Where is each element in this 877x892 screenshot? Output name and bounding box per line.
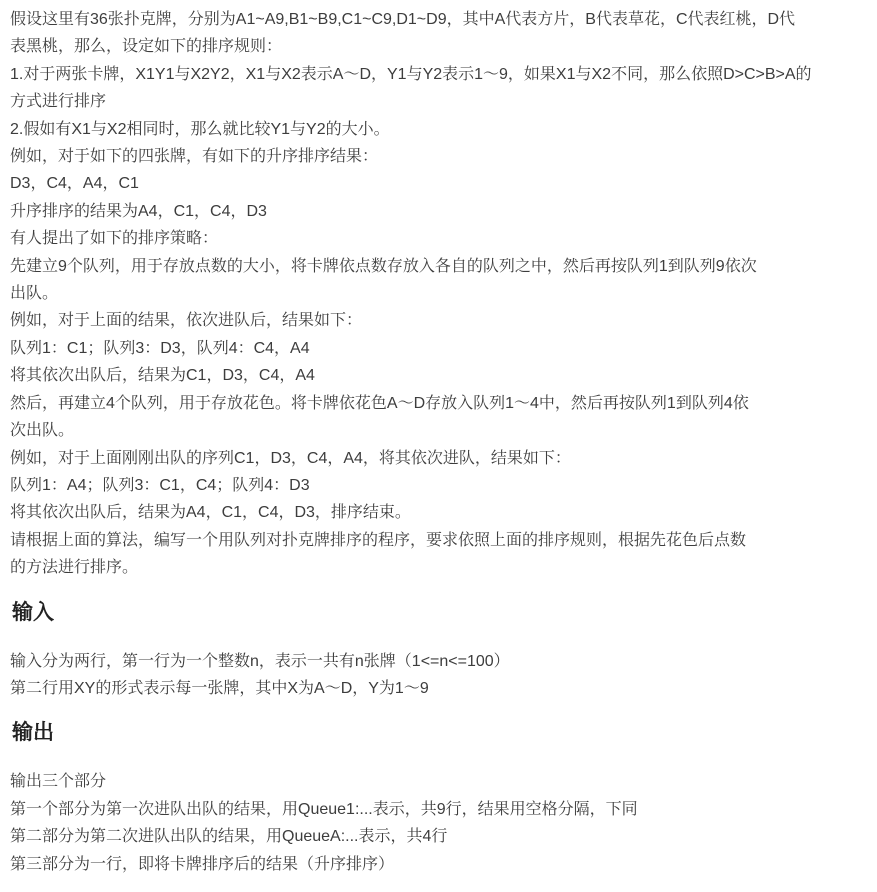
problem-statement-page: 假设这里有36张扑克牌，分别为A1~A9,B1~B9,C1~C9,D1~D9，其… (0, 0, 877, 892)
text-line: 第二部分为第二次进队出队的结果，用QueueA:...表示，共4行 (10, 823, 867, 850)
text-line: 升序排序的结果为A4，C1，C4，D3 (10, 198, 867, 225)
text-line: 第三部分为一行，即将卡牌排序后的结果（升序排序） (10, 851, 867, 878)
text-line: 2.假如有X1与X2相同时，那么就比较Y1与Y2的大小。 (10, 116, 867, 143)
input-description: 输入分为两行，第一行为一个整数n，表示一共有n张牌（1<=n<=100） 第二行… (10, 648, 867, 703)
text-line: 方式进行排序 (10, 88, 867, 115)
text-line: 1.对于两张卡牌，X1Y1与X2Y2，X1与X2表示A～D，Y1与Y2表示1～9… (10, 61, 867, 88)
text-line: 将其依次出队后，结果为C1，D3，C4，A4 (10, 362, 867, 389)
text-line: 然后，再建立4个队列，用于存放花色。将卡牌依花色A～D存放入队列1～4中，然后再… (10, 390, 867, 417)
text-line: 出队。 (10, 280, 867, 307)
text-line: 假设这里有36张扑克牌，分别为A1~A9,B1~B9,C1~C9,D1~D9，其… (10, 6, 867, 33)
output-description: 输出三个部分 第一个部分为第一次进队出队的结果，用Queue1:...表示，共9… (10, 768, 867, 878)
text-line: 第一个部分为第一次进队出队的结果，用Queue1:...表示，共9行，结果用空格… (10, 796, 867, 823)
text-line: 将其依次出队后，结果为A4，C1，C4，D3，排序结束。 (10, 499, 867, 526)
text-line: 次出队。 (10, 417, 867, 444)
problem-description: 假设这里有36张扑克牌，分别为A1~A9,B1~B9,C1~C9,D1~D9，其… (10, 6, 867, 582)
text-line: 请根据上面的算法，编写一个用队列对扑克牌排序的程序，要求依照上面的排序规则，根据… (10, 527, 867, 554)
text-line: 例如，对于如下的四张牌，有如下的升序排序结果： (10, 143, 867, 170)
text-line: 的方法进行排序。 (10, 554, 867, 581)
text-line: 先建立9个队列，用于存放点数的大小，将卡牌依点数存放入各自的队列之中，然后再按队… (10, 253, 867, 280)
text-line: 有人提出了如下的排序策略： (10, 225, 867, 252)
input-section-heading: 输入 (12, 599, 867, 627)
text-line: 第二行用XY的形式表示每一张牌，其中X为A～D，Y为1～9 (10, 675, 867, 702)
text-line: 表黑桃，那么，设定如下的排序规则： (10, 33, 867, 60)
output-section-heading: 输出 (12, 719, 867, 747)
text-line: 例如，对于上面刚刚出队的序列C1，D3，C4，A4，将其依次进队，结果如下： (10, 445, 867, 472)
text-line: 队列1：C1；队列3：D3，队列4：C4，A4 (10, 335, 867, 362)
text-line: 队列1：A4；队列3：C1，C4；队列4：D3 (10, 472, 867, 499)
text-line: 例如，对于上面的结果，依次进队后，结果如下： (10, 307, 867, 334)
text-line: D3，C4，A4，C1 (10, 170, 867, 197)
text-line: 输入分为两行，第一行为一个整数n，表示一共有n张牌（1<=n<=100） (10, 648, 867, 675)
text-line: 输出三个部分 (10, 768, 867, 795)
